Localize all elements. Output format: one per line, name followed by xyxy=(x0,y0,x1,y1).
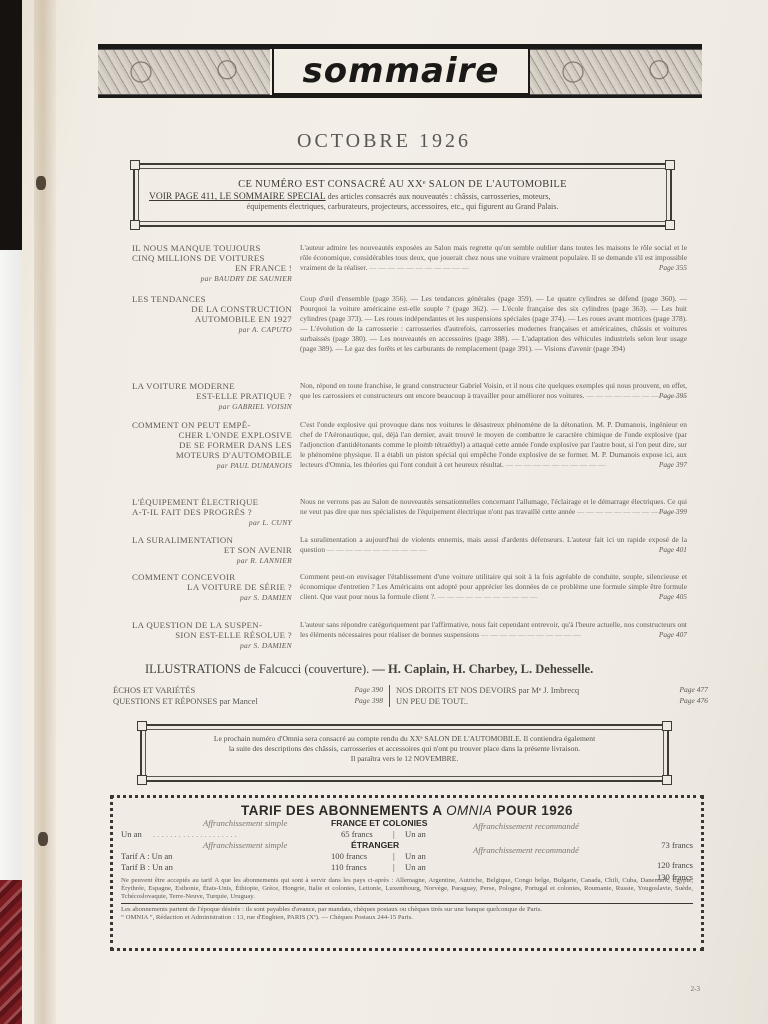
ornament-scroll-icon xyxy=(530,49,702,95)
article-description: Comment peut-on envisager l'établissemen… xyxy=(300,572,687,602)
article-title: COMMENT CONCEVOIRLA VOITURE DE SÉRIE ?pa… xyxy=(132,572,292,603)
article-description: L'auteur admire les nouveautés exposées … xyxy=(300,243,687,273)
notice-line: équipements électriques, carburateurs, p… xyxy=(135,202,670,211)
article-description: Non, répond en toute franchise, le grand… xyxy=(300,381,687,401)
article-title: IL NOUS MANQUE TOUJOURSCINQ MILLIONS DE … xyxy=(132,243,292,284)
article-author: par GABRIEL VOISIN xyxy=(132,402,292,412)
article-author: par A. CAPUTO xyxy=(132,325,292,335)
notice-line: VOIR PAGE 411, LE SOMMAIRE SPÉCIAL des a… xyxy=(149,192,656,202)
misc-item[interactable]: NOS DROITS ET NOS DEVOIRS par Mᵉ J. Imbr… xyxy=(396,685,579,696)
misc-item[interactable]: ÉCHOS ET VARIÉTÉS xyxy=(113,685,195,696)
rate-value: 73 francs xyxy=(661,840,693,850)
rate-value: 100 francs xyxy=(331,851,367,861)
article-title: LA VOITURE MODERNEEST-ELLE PRATIQUE ?par… xyxy=(132,381,292,412)
article-description: C'est l'onde explosive qui provoque dans… xyxy=(300,420,687,470)
article-author: par S. DAMIEN xyxy=(132,641,292,651)
misc-row: QUESTIONS ET RÉPONSES par MancelPage 398… xyxy=(113,696,708,707)
binding-hole-icon xyxy=(38,832,48,846)
article-description: Nous ne verrons pas au Salon de nouveaut… xyxy=(300,497,687,517)
issue-date: OCTOBRE 1926 xyxy=(0,130,768,153)
page-title: sommaire xyxy=(303,51,500,91)
ornament-scroll-icon xyxy=(98,49,270,95)
rate-value: 65 francs xyxy=(341,829,373,839)
article-title: LA QUESTION DE LA SUSPEN-SION EST-ELLE R… xyxy=(132,620,292,651)
article-author: par R. LANNIER xyxy=(132,556,292,566)
article-author: par BAUDRY DE SAUNIER xyxy=(132,274,292,284)
salon-notice: CE NUMÉRO EST CONSACRÉ AU XXᵉ SALON DE L… xyxy=(133,163,672,227)
title-box: sommaire xyxy=(272,47,530,98)
countries-note: Ne peuvent être acceptés au tarif A que … xyxy=(113,877,701,901)
article-title: LA SURALIMENTATIONET SON AVENIRpar R. LA… xyxy=(132,535,292,566)
rate-value: 130 francs xyxy=(657,872,693,882)
next-issue-notice: Le prochain numéro d'Omnia sera consacré… xyxy=(140,724,669,782)
page-number: 2-3 xyxy=(691,985,700,993)
page-spine xyxy=(34,0,56,1024)
payment-note: Les abonnements partent de l'époque dési… xyxy=(113,906,701,914)
binding-hole-icon xyxy=(36,176,46,190)
notice-headline: CE NUMÉRO EST CONSACRÉ AU XXᵉ SALON DE L… xyxy=(135,179,670,190)
rate-value: 110 francs xyxy=(331,862,367,872)
article-description: La suralimentation a aujourd'hui de viol… xyxy=(300,535,687,555)
misc-row: ÉCHOS ET VARIÉTÉSPage 390 NOS DROITS ET … xyxy=(113,685,708,696)
subscription-rates-box: TARIF DES ABONNEMENTS A OMNIA POUR 1926 … xyxy=(110,795,704,951)
misc-item[interactable]: UN PEU DE TOUT.. xyxy=(396,696,468,707)
background-dark xyxy=(0,0,22,250)
misc-sections: ÉCHOS ET VARIÉTÉSPage 390 NOS DROITS ET … xyxy=(113,685,708,707)
special-contents-link[interactable]: VOIR PAGE 411, LE SOMMAIRE SPÉCIAL xyxy=(149,192,326,202)
tariff-title: TARIF DES ABONNEMENTS A OMNIA POUR 1926 xyxy=(113,803,701,818)
rate-value: 120 francs xyxy=(657,860,693,870)
publisher-address: “ OMNIA ”, Rédaction et Administration :… xyxy=(113,914,701,922)
article-author: par L. CUNY xyxy=(132,518,292,528)
illustrations-credit: ILLUSTRATIONS de Falcucci (couverture). … xyxy=(145,662,705,677)
article-author: par S. DAMIEN xyxy=(132,593,292,603)
banner-rule xyxy=(98,95,702,98)
article-title: COMMENT ON PEUT EMPÊ-CHER L'ONDE EXPLOSI… xyxy=(132,420,292,471)
article-title: L'ÉQUIPEMENT ÉLECTRIQUEA-T-IL FAIT DES P… xyxy=(132,497,292,528)
misc-item[interactable]: QUESTIONS ET RÉPONSES par Mancel xyxy=(113,696,258,707)
article-description: Coup d'œil d'ensemble (page 356). — Les … xyxy=(300,294,687,354)
article-description: L'auteur sans répondre catégoriquement p… xyxy=(300,620,687,640)
article-title: LES TENDANCESDE LA CONSTRUCTIONAUTOMOBIL… xyxy=(132,294,292,335)
article-author: par PAUL DUMANOIS xyxy=(132,461,292,471)
header-banner: sommaire xyxy=(98,44,702,98)
